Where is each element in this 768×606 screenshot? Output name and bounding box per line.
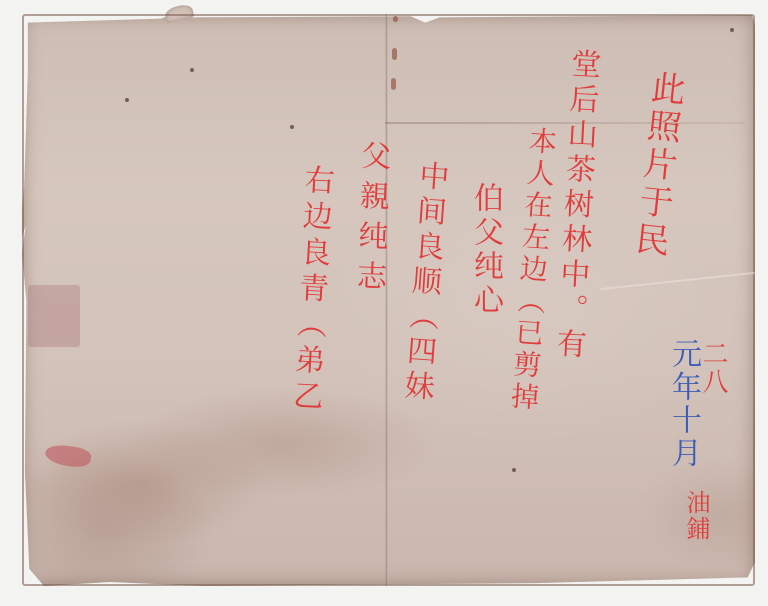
text-column-4: 伯父纯心	[470, 182, 500, 318]
stain-dot	[125, 98, 129, 102]
fold-crease-vertical	[385, 14, 388, 586]
text-column-6: 父親纯志	[352, 140, 388, 301]
stain-rust	[393, 16, 398, 22]
stain-rust	[391, 78, 396, 90]
text-column-date: 元年十月	[668, 338, 698, 470]
scan-background: 此照片于民 二八 元年十月 油鋪 堂后山茶树林中。有 本人在左边（已剪掉 伯父纯…	[0, 0, 768, 606]
stain-dot	[512, 468, 516, 472]
stain-dot	[290, 125, 294, 129]
stain-dot	[190, 68, 194, 72]
stain-pink	[28, 285, 80, 347]
text-column-year-annotation: 二八	[700, 340, 726, 396]
stain-dot	[730, 28, 734, 32]
text-column-place: 油鋪	[684, 490, 708, 542]
stain-rust	[392, 48, 397, 60]
